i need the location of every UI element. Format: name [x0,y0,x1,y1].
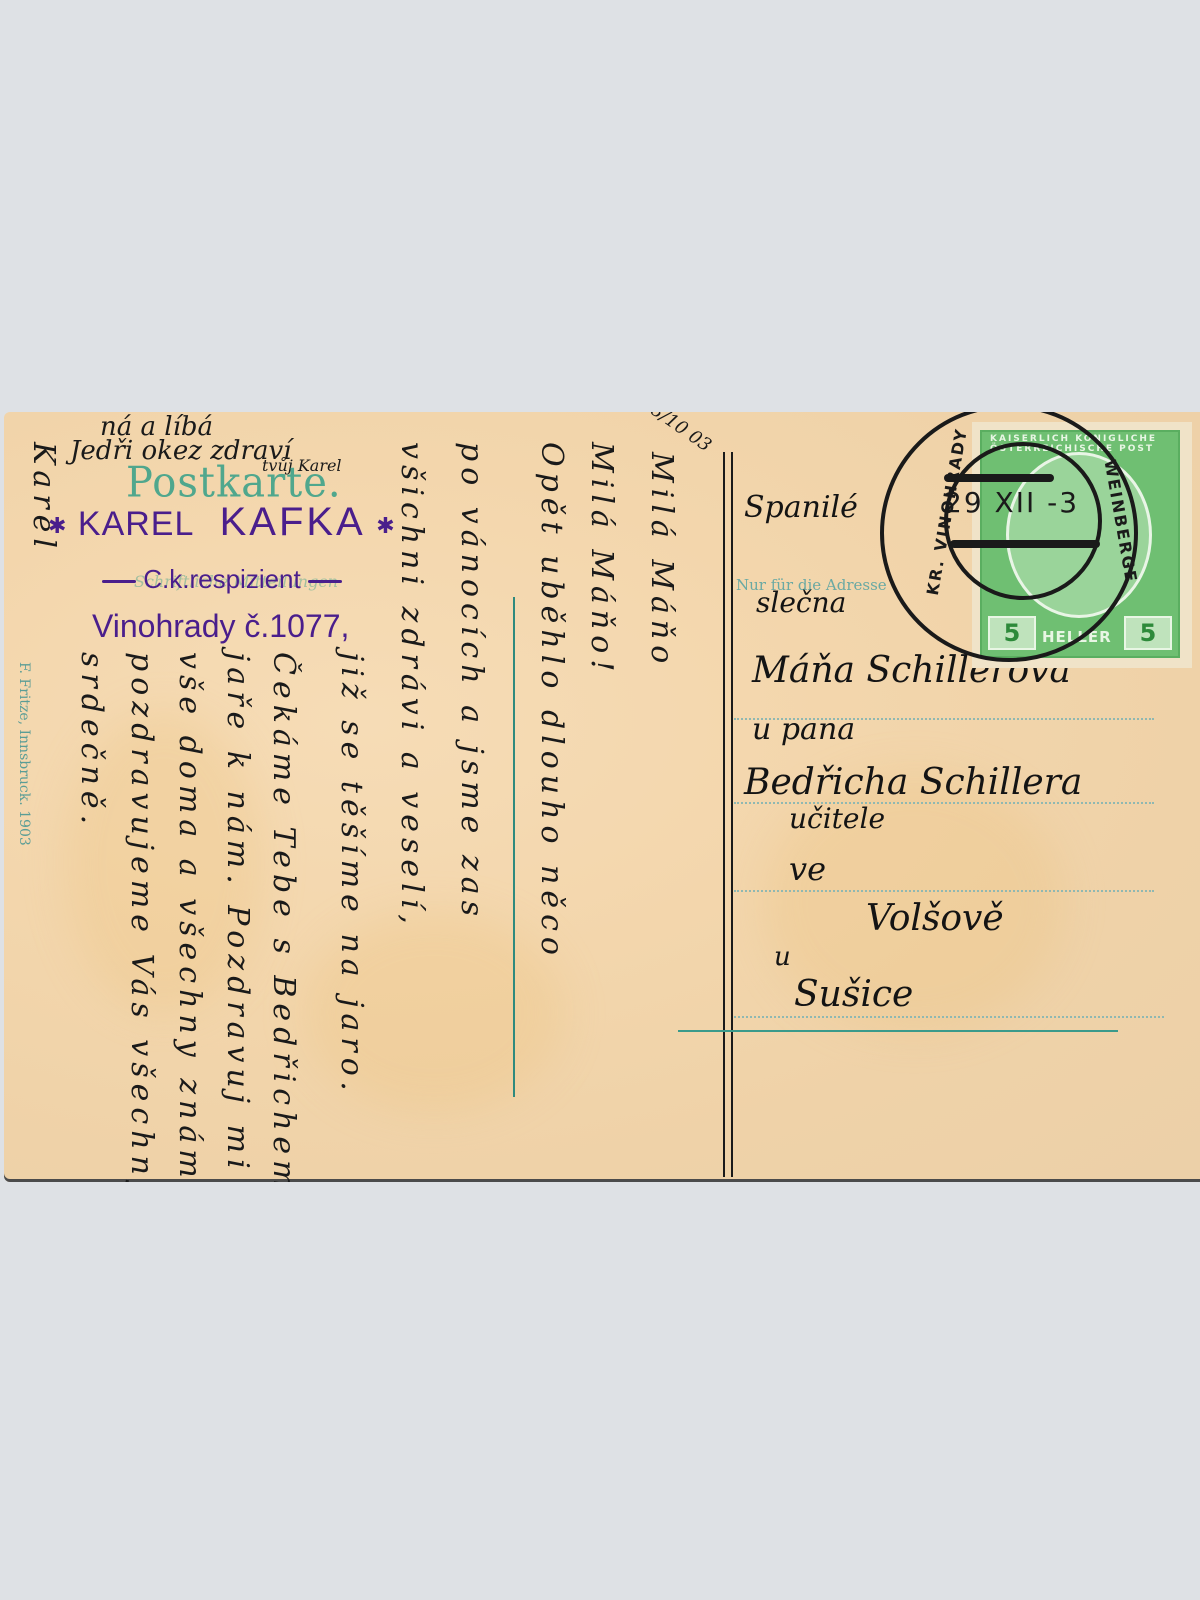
postmark-bar [950,540,1100,548]
sender-title-text: C.k.respizient [143,564,301,594]
handwritten-column: jaře k nám. Pozdravuj mi [220,652,255,1172]
postmark-date: 29 XII -3 [944,486,1079,519]
address-prefix: Spanilé [744,490,858,525]
sender-name: ✱ KAREL KAFKA ✱ [48,500,396,545]
sender-first-name: KAREL [78,505,193,543]
postcard: ná a líbá Jedři okez zdraví tvůj Karel P… [4,412,1200,1182]
address-preposition: ve [789,850,826,888]
handwritten-column: Karel [26,442,61,1162]
sender-address: Vinohrady č.1077, [92,608,349,645]
handwritten-column: po vánocích a jsme zas [454,442,489,1162]
handwritten-column: vše doma a všechny známé [172,652,207,1172]
handwritten-column: Čekáme Tebe s Bedřichem na [266,652,301,1172]
handwritten-column: srdečně. [74,652,109,1172]
sender-last-name: KAFKA [220,500,366,544]
handwritten-column: již se těšíme na jaro. [334,652,369,1172]
address-line [734,890,1154,892]
address-occupation: učitele [789,802,885,835]
printed-divider-line [513,597,515,1097]
address-preposition-2: u [774,942,791,972]
star-ornament-icon: ✱ [376,513,395,538]
handwritten-column: Milá Máňo [644,452,679,1172]
address-care-of-name: Bedřicha Schillera [744,762,1082,803]
flourish-ornament-icon [102,580,136,583]
handwritten-column: Milá Máňo! [584,442,619,1162]
address-salutation: slečna [756,586,846,619]
stamp-value-right: 5 [1124,616,1172,650]
address-care-of: u pana [752,712,855,747]
address-village: Volšově [866,898,1004,939]
handdrawn-divider-line [723,452,733,1177]
handwritten-column: všichni zdrávi a veselí, [394,442,429,1162]
sender-title: C.k.respizient [102,564,342,595]
address-town: Sušice [794,974,913,1015]
handwritten-column: pozdravujeme Vás všechny [124,652,159,1172]
address-baseline [678,1030,1118,1032]
postmark-inner-ring [944,442,1102,600]
flourish-ornament-icon [308,580,342,583]
handwritten-date: 28/10 03 [637,412,715,456]
address-line [734,1016,1164,1018]
handwritten-column: Opět uběhlo dlouho něco [534,442,569,1162]
